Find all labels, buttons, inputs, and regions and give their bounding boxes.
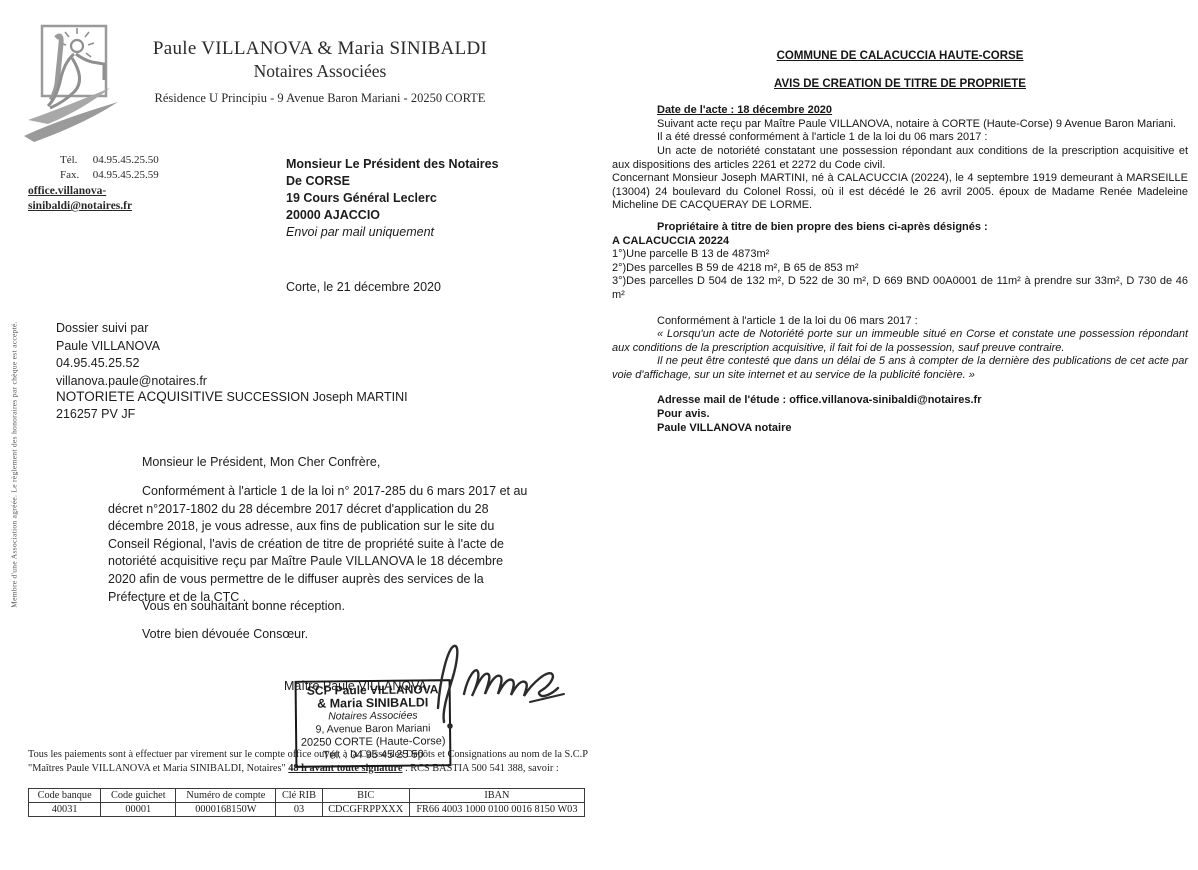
avis-page: COMMUNE DE CALACUCCIA HAUTE-CORSE AVIS D…	[612, 50, 1188, 435]
col-header: Code banque	[29, 789, 101, 803]
letterhead: Paule VILLANOVA & Maria SINIBALDI Notair…	[118, 38, 522, 106]
recipient-line: Monsieur Le Président des Notaires	[286, 156, 499, 173]
avis-title-type: AVIS DE CREATION DE TITRE DE PROPRIETE	[612, 78, 1188, 92]
rib-key: 03	[276, 803, 322, 817]
dossier-line: 04.95.45.25.52	[56, 355, 207, 373]
dossier-line: Dossier suivi par	[56, 320, 207, 338]
bank-details-table: Code banque Code guichet Numéro de compt…	[28, 788, 585, 817]
for-notice-line: Pour avis.	[612, 408, 1188, 422]
account-number: 0000168150W	[176, 803, 276, 817]
avis-title-commune: COMMUNE DE CALACUCCIA HAUTE-CORSE	[612, 50, 1188, 64]
body-paragraph: Votre bien dévouée Consœur.	[142, 627, 308, 641]
parcel-item: 2°)Des parcelles B 59 de 4218 m², B 65 d…	[612, 262, 1188, 276]
col-header: Numéro de compte	[176, 789, 276, 803]
subject-line: NOTORIETE ACQUISITIVE SUCCESSION Joseph …	[56, 389, 408, 406]
handwritten-signature	[424, 638, 584, 730]
bic: CDCGFRPPXXX	[322, 803, 409, 817]
salutation: Monsieur le Président, Mon Cher Confrère…	[142, 455, 380, 469]
dossier-block: Dossier suivi par Paule VILLANOVA 04.95.…	[56, 320, 207, 390]
location-heading: A CALACUCCIA 20224	[612, 235, 1188, 249]
margin-note: Membre d'une Association agréée. Le règl…	[10, 315, 19, 615]
contact-block: Tél. 04.95.45.25.50 Fax. 04.95.45.25.59 …	[28, 153, 208, 214]
recipient-line: 19 Cours Général Leclerc	[286, 190, 499, 207]
notaires-logo-icon	[22, 24, 124, 144]
recipient-block: Monsieur Le Président des Notaires De CO…	[286, 156, 499, 224]
legal-quote: Il ne peut être contesté que dans un dél…	[612, 355, 1188, 382]
office-email: office.villanova-sinibaldi@notaires.fr	[28, 184, 208, 214]
avis-paragraph: Concernant Monsieur Joseph MARTINI, né à…	[612, 172, 1188, 213]
delivery-note: Envoi par mail uniquement	[286, 225, 434, 239]
avis-paragraph: Suivant acte reçu par Maître Paule VILLA…	[612, 118, 1188, 132]
bank-table-value-row: 40031 00001 0000168150W 03 CDCGFRPPXXX F…	[29, 803, 585, 817]
firm-name: Paule VILLANOVA & Maria SINIBALDI	[118, 38, 522, 60]
fax-line: Fax. 04.95.45.25.59	[28, 168, 208, 183]
col-header: Clé RIB	[276, 789, 322, 803]
avis-paragraph: Il a été dressé conformément à l'article…	[612, 131, 1188, 145]
col-header: Code guichet	[101, 789, 176, 803]
phone-line: Tél. 04.95.45.25.50	[28, 153, 208, 168]
file-reference: 216257 PV JF	[56, 406, 408, 423]
legal-quote: « Lorsqu'un acte de Notoriété porte sur …	[612, 328, 1188, 355]
fax-number: 04.95.45.25.59	[93, 169, 159, 181]
parcel-item: 3°)Des parcelles D 504 de 132 m², D 522 …	[612, 275, 1188, 302]
col-header: IBAN	[409, 789, 584, 803]
recipient-line: 20000 AJACCIO	[286, 207, 499, 224]
act-date-heading: Date de l'acte : 18 décembre 2020	[612, 104, 1188, 118]
date-line: Corte, le 21 décembre 2020	[286, 280, 441, 294]
owner-heading: Propriétaire à titre de bien propre des …	[612, 221, 1188, 235]
notary-signature-line: Paule VILLANOVA notaire	[612, 422, 1188, 436]
iban: FR66 4003 1000 0100 0016 8150 W03	[409, 803, 584, 817]
body-paragraph: Vous en souhaitant bonne réception.	[142, 599, 345, 613]
col-header: BIC	[322, 789, 409, 803]
phone-number: 04.95.45.25.50	[93, 154, 159, 166]
parcel-item: 1°)Une parcelle B 13 de 4873m²	[612, 248, 1188, 262]
subject-block: NOTORIETE ACQUISITIVE SUCCESSION Joseph …	[56, 389, 408, 422]
bank-code: 40031	[29, 803, 101, 817]
study-email-line: Adresse mail de l'étude : office.villano…	[612, 394, 1188, 408]
firm-address: Résidence U Principiu - 9 Avenue Baron M…	[118, 91, 522, 106]
recipient-line: De CORSE	[286, 173, 499, 190]
body-paragraph: Conformément à l'article 1 de la loi n° …	[108, 483, 532, 606]
avis-paragraph: Conformément à l'article 1 de la loi du …	[612, 315, 1188, 329]
stamp-line: 20250 CORTE (Haute-Corse)	[299, 735, 447, 750]
bank-table-header-row: Code banque Code guichet Numéro de compt…	[29, 789, 585, 803]
branch-code: 00001	[101, 803, 176, 817]
dossier-line: Paule VILLANOVA	[56, 338, 207, 356]
firm-subtitle: Notaires Associées	[118, 61, 522, 82]
scanned-document: Paule VILLANOVA & Maria SINIBALDI Notair…	[0, 0, 1198, 870]
avis-paragraph: Un acte de notoriété constatant une poss…	[612, 145, 1188, 172]
stamp-line: Tél. : 04 95 45 25 50	[299, 748, 447, 763]
dossier-email: villanova.paule@notaires.fr	[56, 373, 207, 391]
